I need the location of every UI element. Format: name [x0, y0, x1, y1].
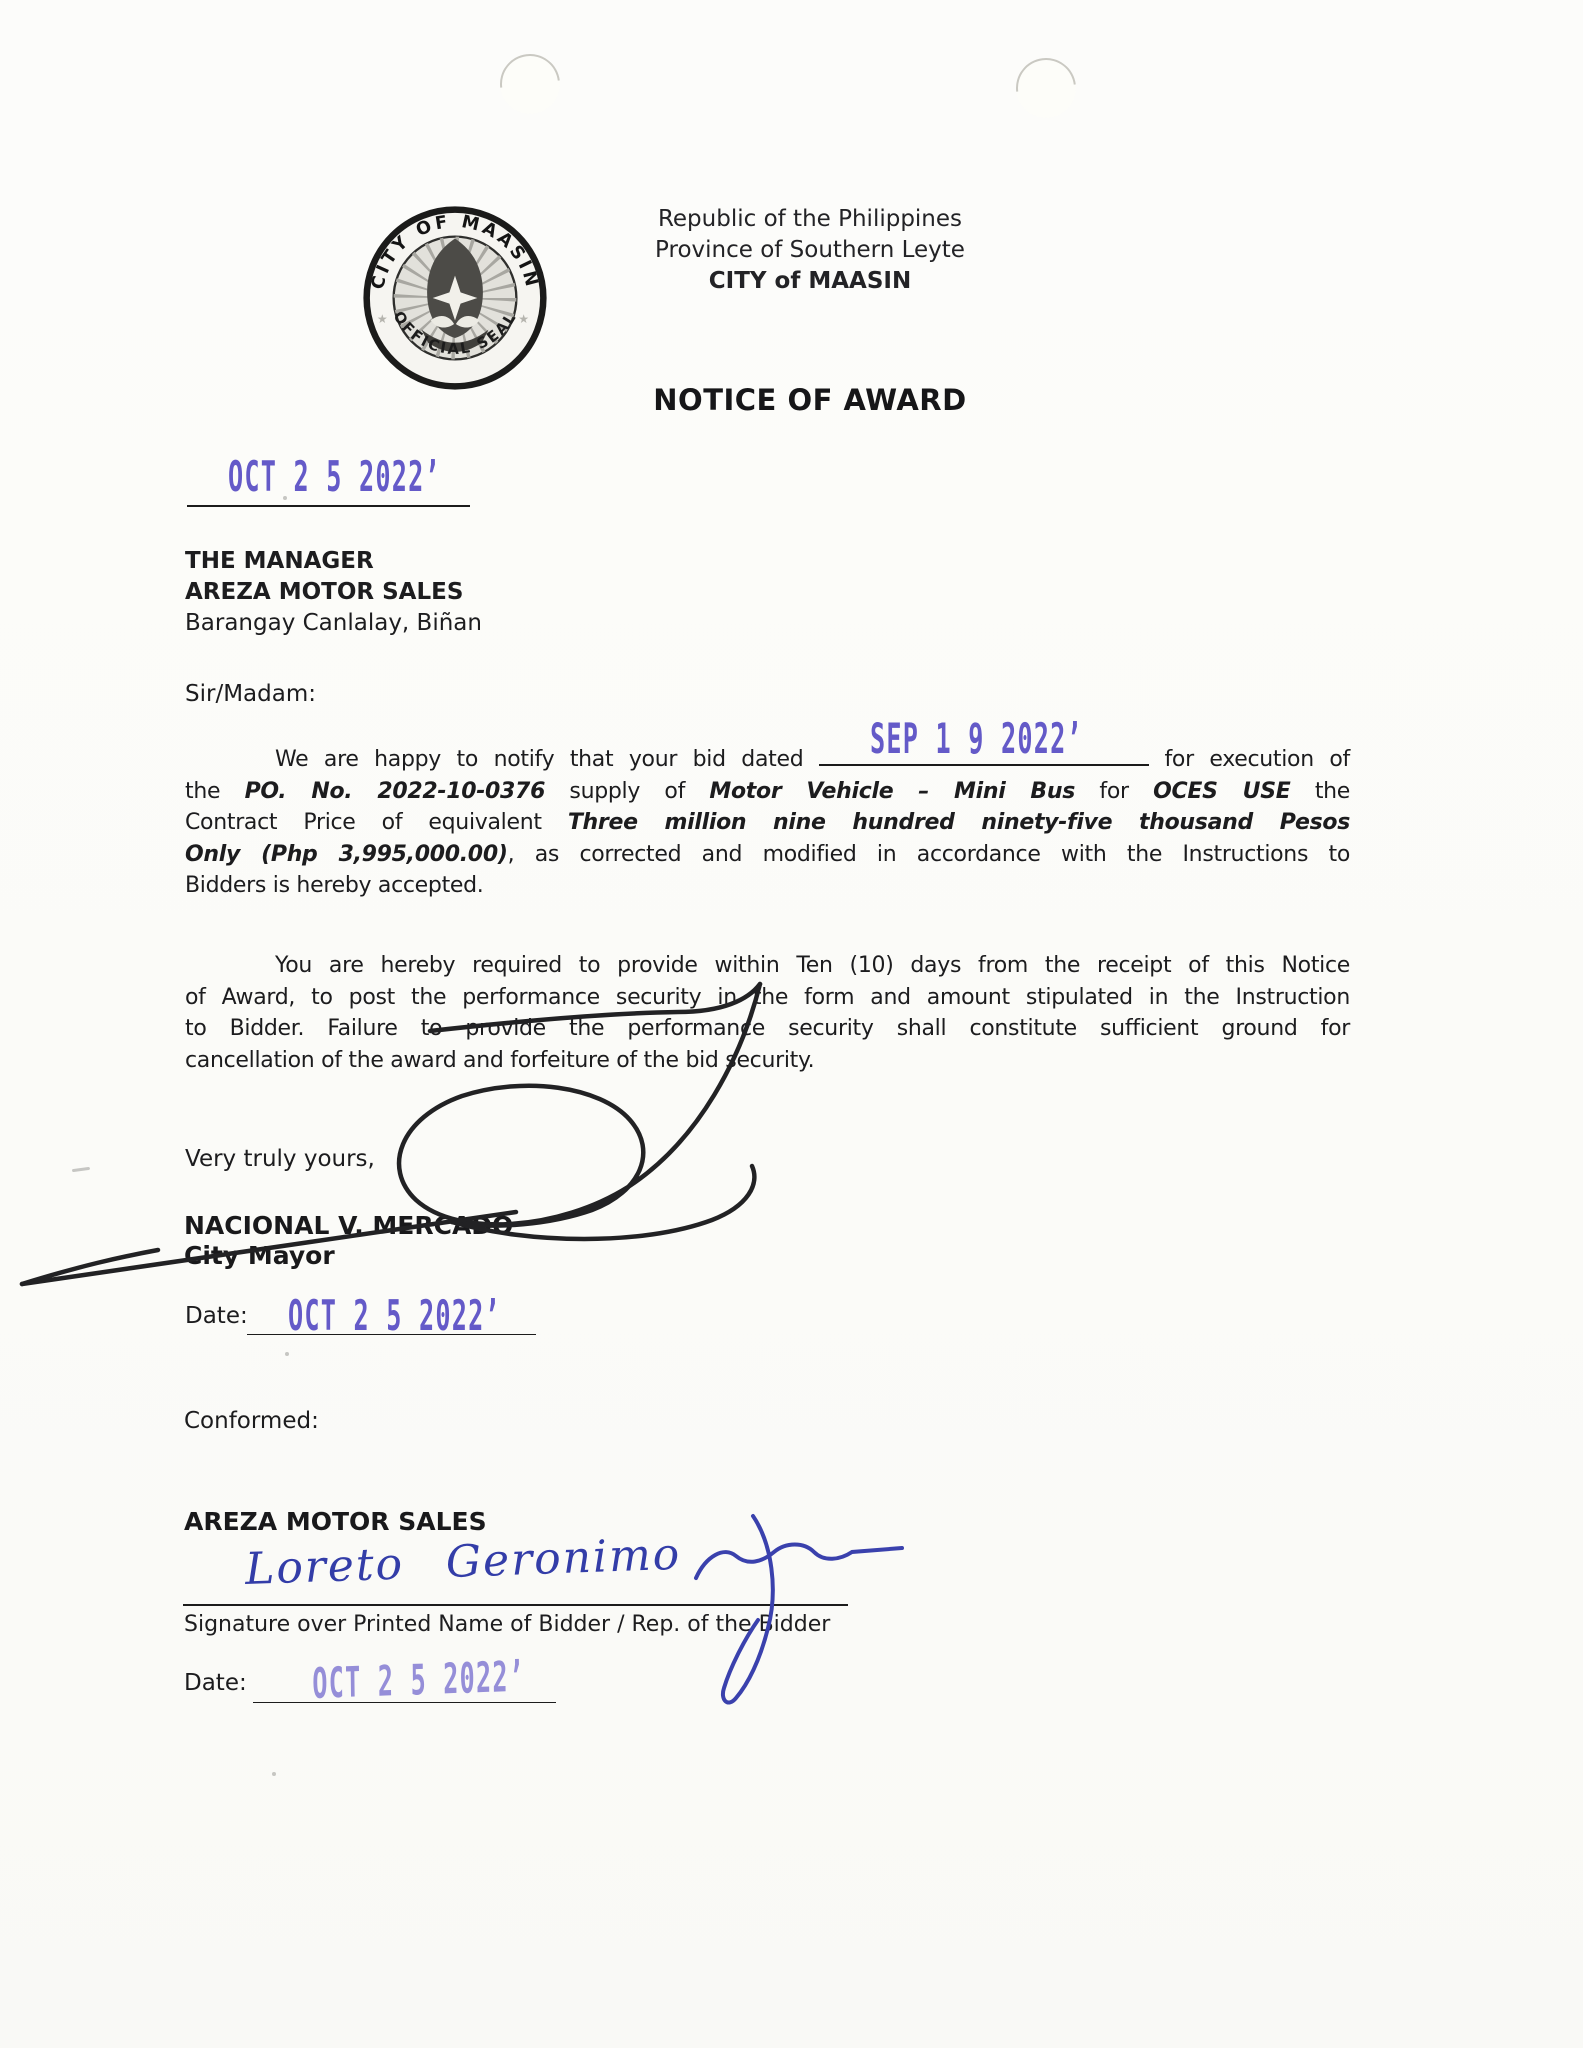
seal-side-star-left: ★ — [377, 312, 388, 326]
signatory-title: City Mayor — [184, 1241, 335, 1270]
mayor-date-stamp: OCT 2 5 2022’ — [288, 1291, 501, 1340]
letterhead: Republic of the Philippines Province of … — [590, 204, 1030, 297]
salutation: Sir/Madam: — [185, 681, 316, 707]
p1-text: supply of — [569, 779, 685, 804]
letterhead-province: Province of Southern Leyte — [590, 235, 1030, 266]
scan-speck — [272, 1772, 276, 1776]
p2-text: cancellation of the award and forfeiture… — [185, 1045, 1350, 1077]
bid-date-blank-line — [819, 761, 1149, 766]
signatory-name: NACIONAL V. MERCADO — [184, 1211, 513, 1240]
seal-graphic: CITY OF MAASIN OFFICIAL SEAL ★ ★ — [362, 205, 548, 391]
contract-amount-words: Three million nine hundred ninety-five t… — [568, 810, 1350, 835]
seal-side-star-right: ★ — [518, 312, 529, 326]
bidder-date-underline — [253, 1702, 556, 1703]
addressee-company: AREZA MOTOR SALES — [185, 577, 482, 608]
document-title: NOTICE OF AWARD — [590, 383, 1030, 417]
p1-text: the — [1315, 779, 1350, 804]
received-date-stamp: OCT 2 5 2022’ — [228, 452, 441, 501]
po-number: PO. No. 2022-10-0376 — [245, 779, 546, 804]
bidder-company: AREZA MOTOR SALES — [184, 1507, 487, 1536]
p2-text: of Award, to post the performance securi… — [185, 985, 1350, 1010]
p1-text: Contract Price of equivalent — [185, 810, 542, 835]
addressee-address: Barangay Canlalay, Biñan — [185, 608, 482, 639]
bidder-date-label: Date: — [184, 1670, 247, 1696]
scan-speck — [283, 496, 287, 500]
body-paragraph-2: You are hereby required to provide withi… — [185, 950, 1350, 1076]
scan-speck — [72, 1167, 90, 1172]
p2-text: You are hereby required to provide withi… — [275, 953, 1350, 978]
body-paragraph-1: We are happy to notify that your bid dat… — [185, 744, 1350, 902]
end-use: OCES USE — [1153, 779, 1290, 804]
conformed-label: Conformed: — [184, 1408, 319, 1434]
signature-caption: Signature over Printed Name of Bidder / … — [184, 1612, 830, 1637]
p1-text: We are happy to notify that your bid dat… — [275, 747, 803, 772]
p1-text: , as corrected and modified in accordanc… — [508, 842, 1350, 867]
item-description: Motor Vehicle – Mini Bus — [709, 779, 1075, 804]
punch-hole-left — [488, 42, 572, 126]
letterhead-country: Republic of the Philippines — [590, 204, 1030, 235]
contract-amount-figures: Only (Php 3,995,000.00) — [185, 842, 508, 867]
mayor-date-underline — [247, 1334, 536, 1335]
scanned-notice-of-award-page: { "header": { "line1": "Republic of the … — [0, 0, 1583, 2048]
bidder-handwritten-name: Loreto Geronimo — [244, 1529, 682, 1595]
bidder-date-stamp: OCT 2 5 2022’ — [312, 1652, 525, 1708]
city-of-maasin-official-seal: CITY OF MAASIN OFFICIAL SEAL ★ ★ — [362, 205, 548, 391]
letterhead-city: CITY of MAASIN — [590, 266, 1030, 297]
mayor-date-label: Date: — [185, 1303, 248, 1329]
scan-speck — [285, 1352, 289, 1356]
valediction: Very truly yours, — [185, 1146, 375, 1172]
p1-text: for execution of — [1164, 747, 1350, 772]
addressee-title: THE MANAGER — [185, 546, 482, 577]
addressee-block: THE MANAGER AREZA MOTOR SALES Barangay C… — [185, 546, 482, 639]
bidder-signature-flourish — [696, 1516, 902, 1703]
punch-hole-right — [1004, 46, 1088, 130]
p2-text: to Bidder. Failure to provide the perfor… — [185, 1016, 1350, 1041]
p1-text: Bidders is hereby accepted. — [185, 870, 1350, 902]
bidder-signature-line — [183, 1604, 848, 1606]
p1-text: the — [185, 779, 220, 804]
received-date-underline — [187, 505, 470, 507]
p1-text: for — [1099, 779, 1128, 804]
